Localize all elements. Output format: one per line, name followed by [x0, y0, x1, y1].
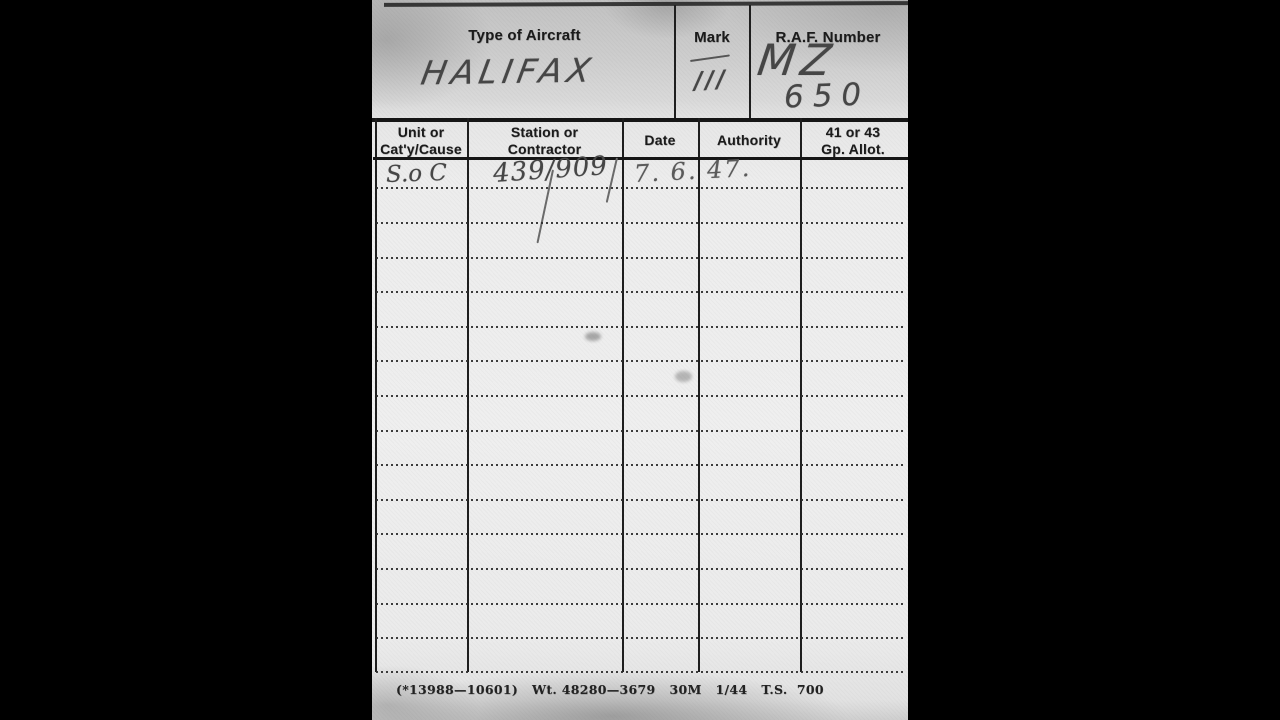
row-divider — [376, 291, 906, 293]
pencil-smudge — [675, 371, 692, 382]
card-top-border — [384, 1, 908, 7]
row-divider — [376, 395, 906, 397]
column-header-authority: Authority — [698, 132, 800, 149]
print-code: (*13988—10601) Wt. 48280—3679 30M 1/44 T… — [396, 682, 824, 697]
column-header-allot-line2: Gp. Allot. — [821, 141, 885, 157]
row-divider — [376, 257, 906, 259]
mark-column-left-border — [674, 5, 676, 120]
row-divider — [376, 533, 906, 535]
row-divider — [376, 187, 906, 189]
handwritten-raf-number-digits: 650 — [783, 77, 870, 116]
aircraft-record-card: Type of Aircraft Mark R.A.F. Number HALI… — [372, 0, 908, 720]
mark-label: Mark — [674, 29, 750, 46]
row-divider — [376, 430, 906, 432]
type-of-aircraft-label: Type of Aircraft — [422, 27, 627, 44]
handwritten-mark-value: III — [690, 65, 731, 98]
handwritten-mark-dash — [690, 54, 730, 62]
scanned-page-background: Type of Aircraft Mark R.A.F. Number HALI… — [0, 0, 1280, 720]
row-divider — [376, 568, 906, 570]
column-header-allot-line1: 41 or 43 — [826, 124, 881, 140]
row-divider — [376, 222, 906, 224]
column-header-station-line1: Station or — [511, 124, 578, 140]
row-divider — [376, 637, 906, 639]
pencil-smudge — [585, 332, 601, 341]
row-divider — [376, 464, 906, 466]
column-header-allot: 41 or 43 Gp. Allot. — [800, 124, 906, 158]
table-top-border — [372, 118, 908, 122]
column-header-unit-line1: Unit or — [398, 124, 445, 140]
raf-column-left-border — [749, 5, 751, 120]
row-divider — [376, 671, 906, 673]
row-divider — [376, 603, 906, 605]
handwritten-entry-date: 7. 6. 47. — [633, 154, 752, 188]
column-header-unit-line2: Cat'y/Cause — [380, 141, 462, 157]
row-divider — [376, 499, 906, 501]
column-header-unit: Unit or Cat'y/Cause — [375, 124, 467, 158]
row-divider — [376, 360, 906, 362]
column-header-date: Date — [622, 132, 698, 149]
handwritten-aircraft-type: HALIFAX — [418, 50, 598, 92]
handwritten-entry-unit: S.o C — [386, 160, 448, 188]
row-divider — [376, 326, 906, 328]
